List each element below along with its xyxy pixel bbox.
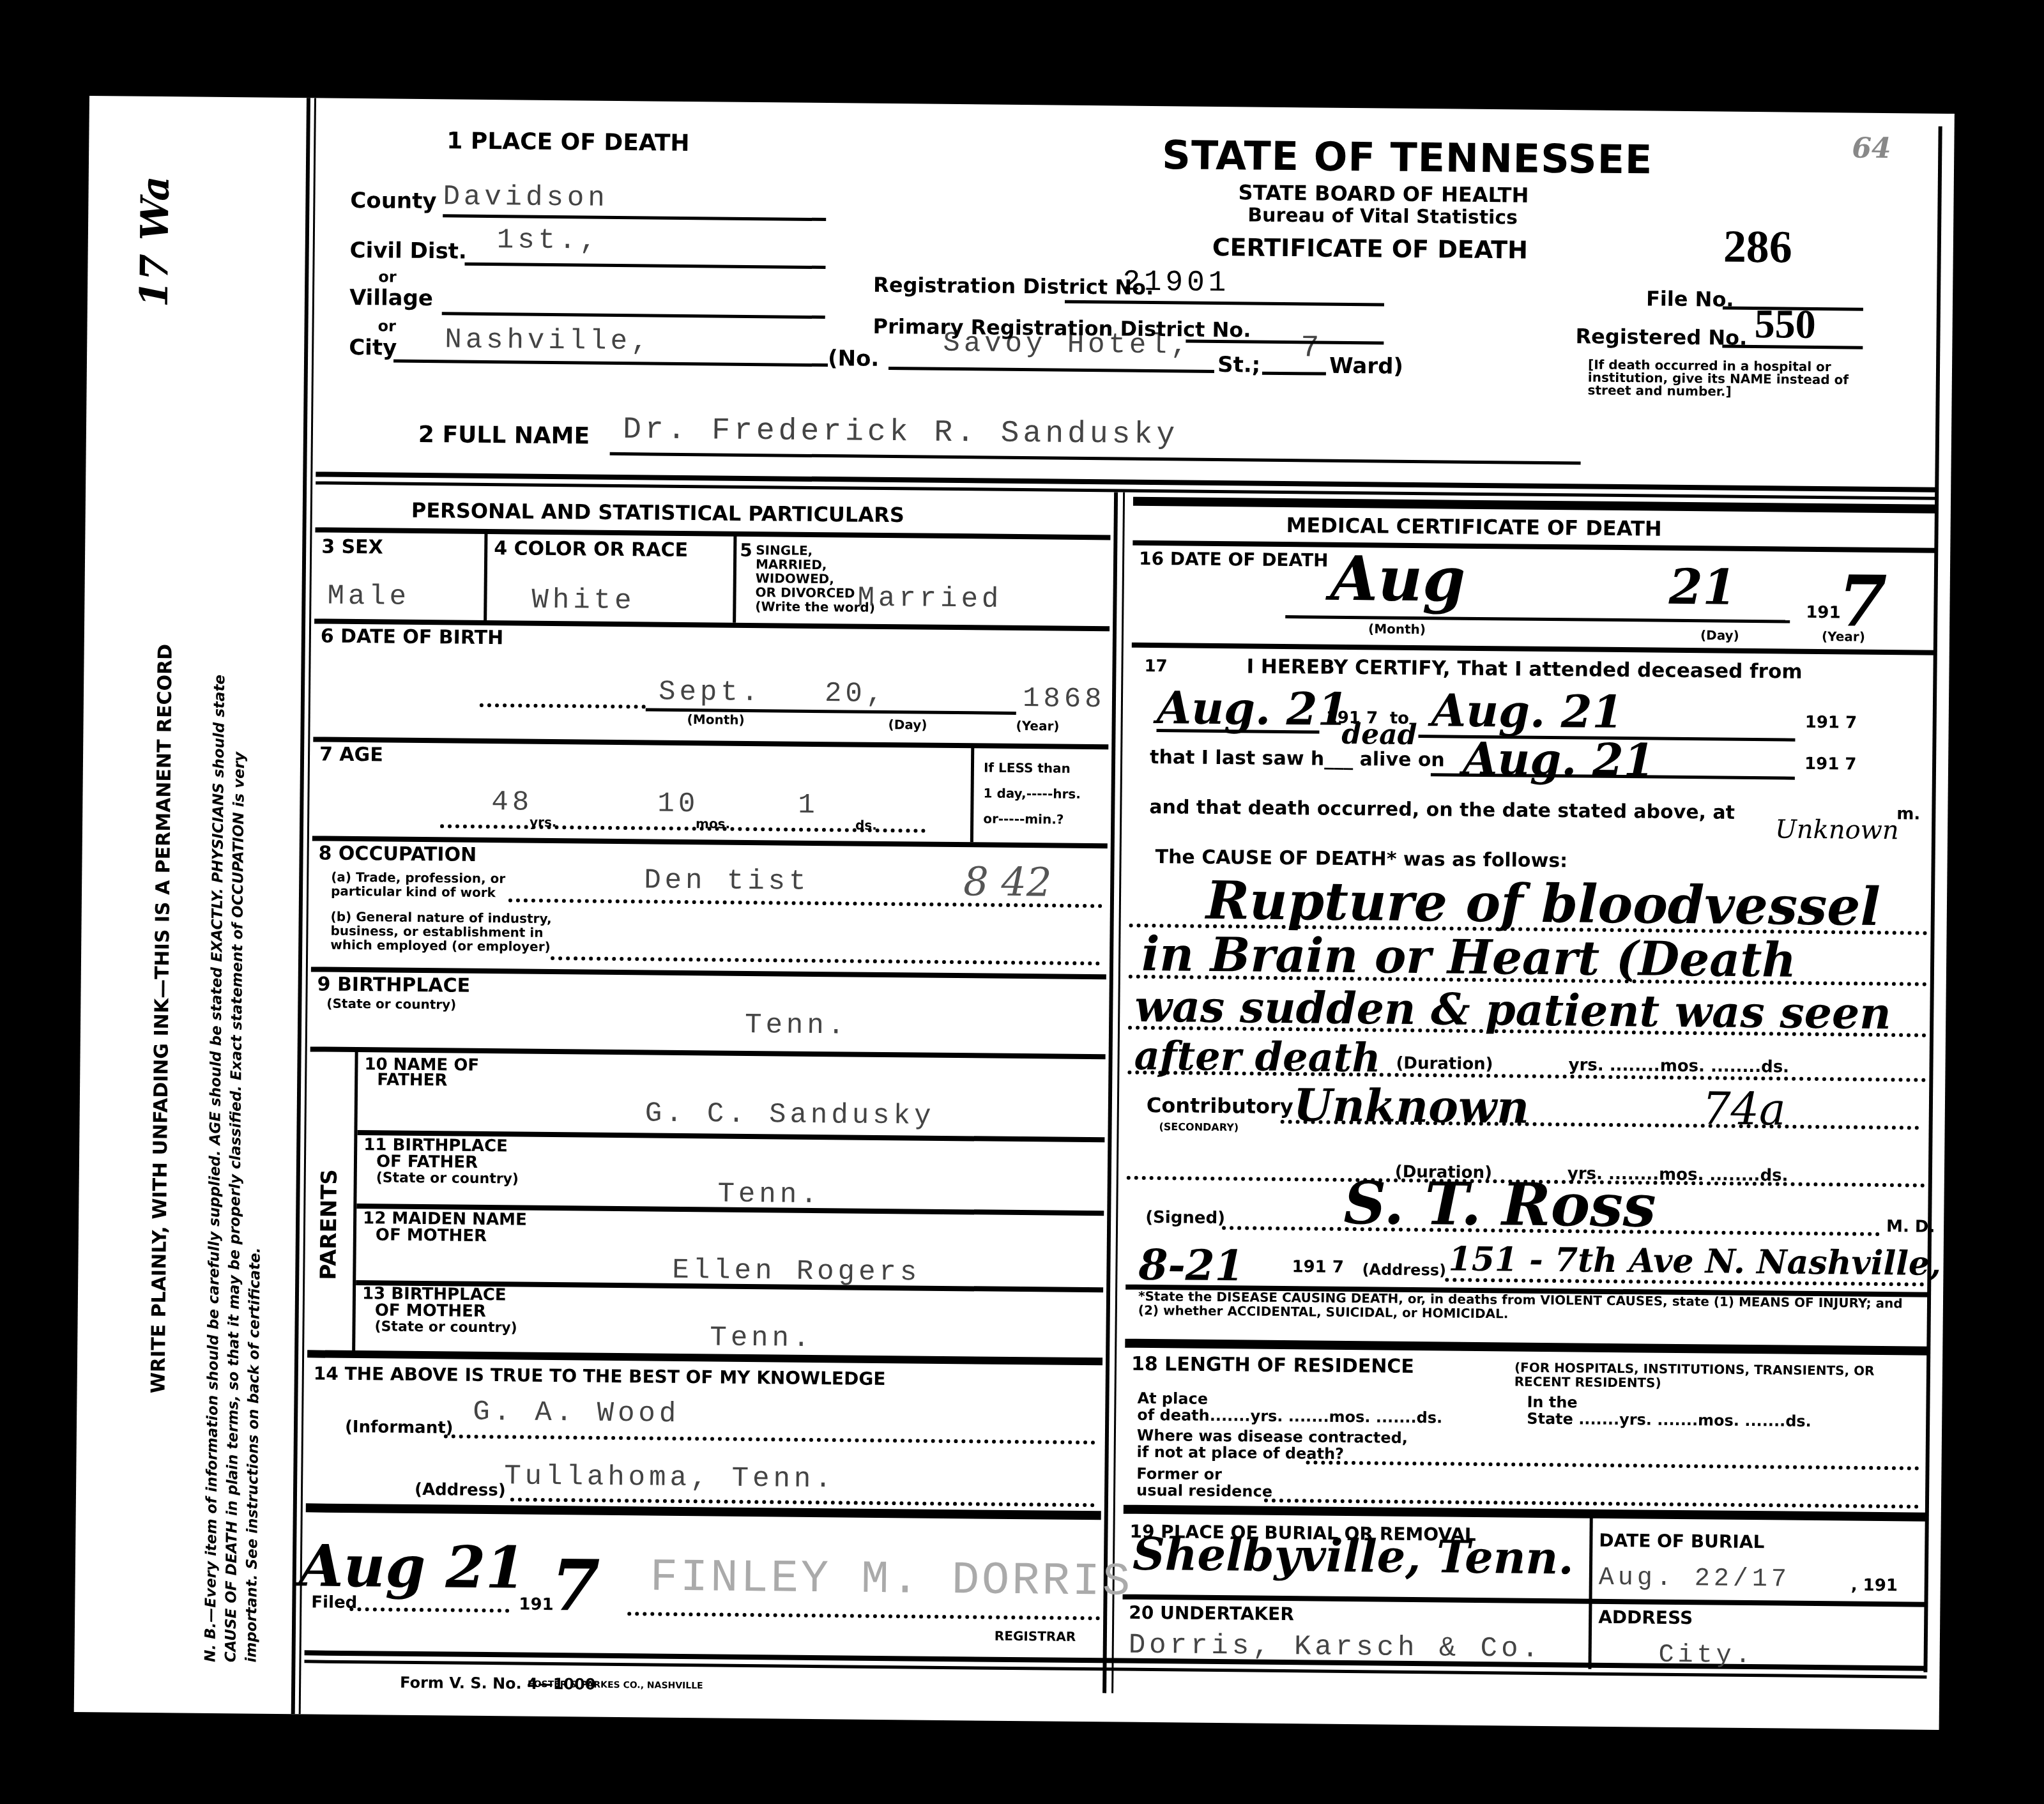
permanent-record-notice: WRITE PLAINLY, WITH UNFADING INK—THIS IS… [148,644,177,1393]
undertaker-address-value: City. [1658,1641,1754,1670]
informant-heading: 14 THE ABOVE IS TRUE TO THE BEST OF MY K… [314,1363,886,1389]
medical-section-title: MEDICAL CERTIFICATE OF DEATH [1286,513,1661,541]
last-saw-date: Aug. 21 [1463,732,1655,787]
corner-mark: 64 [1852,132,1891,165]
column-divider [1102,492,1118,1693]
less-than-day-note: If LESS than 1 day,-----hrs. or-----min.… [983,754,1081,832]
industry-field [551,956,1100,965]
ward-label: Ward) [1329,353,1403,379]
undertaker-label: 20 UNDERTAKER [1129,1602,1294,1624]
undertaker-address-label: ADDRESS [1598,1607,1693,1628]
disease-contracted: Where was disease contracted, if not at … [1137,1427,1408,1463]
certificate-number: 286 [1723,220,1792,274]
signed-date: 8-21 [1138,1240,1244,1291]
form-right-border [1923,126,1942,1672]
birthplace-value: Tenn. [745,1009,849,1043]
personal-section-title: PERSONAL AND STATISTICAL PARTICULARS [411,498,904,527]
age-years: 48 [491,786,533,819]
date-of-death-label: 16 DATE OF DEATH [1139,548,1329,571]
dob-day: 20, [825,678,887,710]
physician-address: 151 - 7th Ave N. Nashville, Tenn. [1448,1240,2044,1285]
former-residence: Former or usual residence [1136,1465,1272,1500]
reg-district-label: Registration District No. [873,273,1154,300]
cause-of-death-label: The CAUSE OF DEATH* was as follows: [1155,846,1567,872]
race-label: 4 COLOR OR RACE [494,537,688,562]
reg-district-value: 21901 [1122,266,1230,300]
ward-value: 7 [1300,331,1323,365]
registered-no-label: Registered No. [1575,324,1747,350]
state-title: STATE OF TENNESSEE [1162,132,1653,183]
sex-label: 3 SEX [321,536,383,559]
corner-annotation: 17 Wa [132,176,178,307]
village-label: Village [349,285,433,311]
registrar-label: REGISTRAR [995,1628,1076,1644]
dob-label: 6 DATE OF BIRTH [321,625,504,650]
age-days: 1 [798,790,819,822]
instructions-note-line3: important. See instructions on back of c… [243,1248,263,1663]
full-name-value: Dr. Frederick R. Sandusky [623,413,1179,452]
sex-value: Male [327,581,410,613]
marital-status-value: Married [857,583,1002,616]
certificate-title: CERTIFICATE OF DEATH [1212,233,1529,264]
informant-label: (Informant) [345,1418,454,1438]
primary-reg-field [1186,339,1384,344]
street-label: St.; [1217,352,1261,378]
board-of-health: STATE BOARD OF HEALTH [1238,180,1529,207]
signed-label: (Signed) [1145,1208,1225,1228]
contributory-label: Contributory [1147,1093,1293,1119]
civil-dist-value: 1st., [497,224,601,257]
last-saw-annotation: dead [1341,718,1417,751]
race-value: White [531,585,636,618]
undertaker-value: Dorris, Karsch & Co. [1129,1630,1543,1665]
village-field [442,312,825,319]
informant-address-value: Tullahoma, Tenn. [504,1460,835,1495]
informant-address-label: (Address) [415,1480,506,1500]
death-occurred-label: and that death occurred, on the date sta… [1149,796,1735,824]
occupation-label: 8 OCCUPATION [318,842,477,866]
attended-from-date: Aug. 21 [1156,681,1348,736]
dob-year: 1868 [1023,683,1106,715]
residence-in-state: In the State .......yrs. .......mos. ...… [1527,1394,1811,1430]
county-value: Davidson [443,181,609,214]
father-birthplace-value: Tenn. [717,1179,821,1212]
place-of-death-heading: 1 PLACE OF DEATH [446,128,690,157]
death-certificate-page: WRITE PLAINLY, WITH UNFADING INK—THIS IS… [74,96,1955,1730]
informant-value: G. A. Wood [473,1396,680,1430]
certify-statement: I HEREBY CERTIFY, That I attended deceas… [1246,655,1802,683]
city-value: Nashville, [445,324,652,358]
registrar-stamp: FINLEY M. DORRIS [650,1552,1133,1609]
father-name-value: G. C. Sandusky [645,1097,935,1132]
burial-date-value: Aug. 22/17 [1599,1564,1790,1594]
file-no-label: File No. [1646,286,1734,311]
occupation-code: 8 42 [963,858,1052,905]
attended-to-date: Aug. 21 [1431,684,1623,738]
primary-reg-label: Primary Registration District No. [873,314,1251,342]
full-name-label: 2 FULL NAME [418,422,590,450]
date-of-death-day: 21 [1668,558,1737,616]
filed-year: 7 [551,1544,600,1627]
city-label: City [349,335,397,361]
age-label: 7 AGE [319,744,383,767]
parents-side-label: PARENTS [316,1169,342,1280]
cause-footnote: *State the DISEASE CAUSING DEATH, or, in… [1138,1289,1924,1325]
burial-place-value: Shelbyville, Tenn. [1133,1527,1574,1585]
printer-credit: FOSTER & PARKES CO., NASHVILLE [528,1679,703,1692]
occupation-trade-value: Den tist [644,864,810,898]
residence-at-place: At place of death.......yrs. .......mos.… [1137,1390,1443,1426]
hospital-note: [If death occurred in a hospital or inst… [1588,358,1870,399]
registered-no-value: 550 [1754,300,1816,348]
date-of-death-month: Aug [1330,542,1465,616]
bureau-vital-stats: Bureau of Vital Statistics [1247,204,1518,229]
cause-unknown-note: Unknown [1775,814,1899,845]
residence-label: 18 LENGTH OF RESIDENCE [1131,1353,1414,1378]
street-no-label: (No. [828,346,880,372]
mother-birthplace-value: Tenn. [710,1322,814,1355]
filed-date: Aug 21 [298,1532,526,1601]
county-label: County [350,188,437,214]
birthplace-label: 9 BIRTHPLACE [317,973,470,997]
dob-month: Sept. [659,676,763,710]
civil-dist-label: Civil Dist. [350,238,468,264]
age-months: 10 [657,788,699,821]
burial-date-label: DATE OF BURIAL [1599,1530,1764,1552]
